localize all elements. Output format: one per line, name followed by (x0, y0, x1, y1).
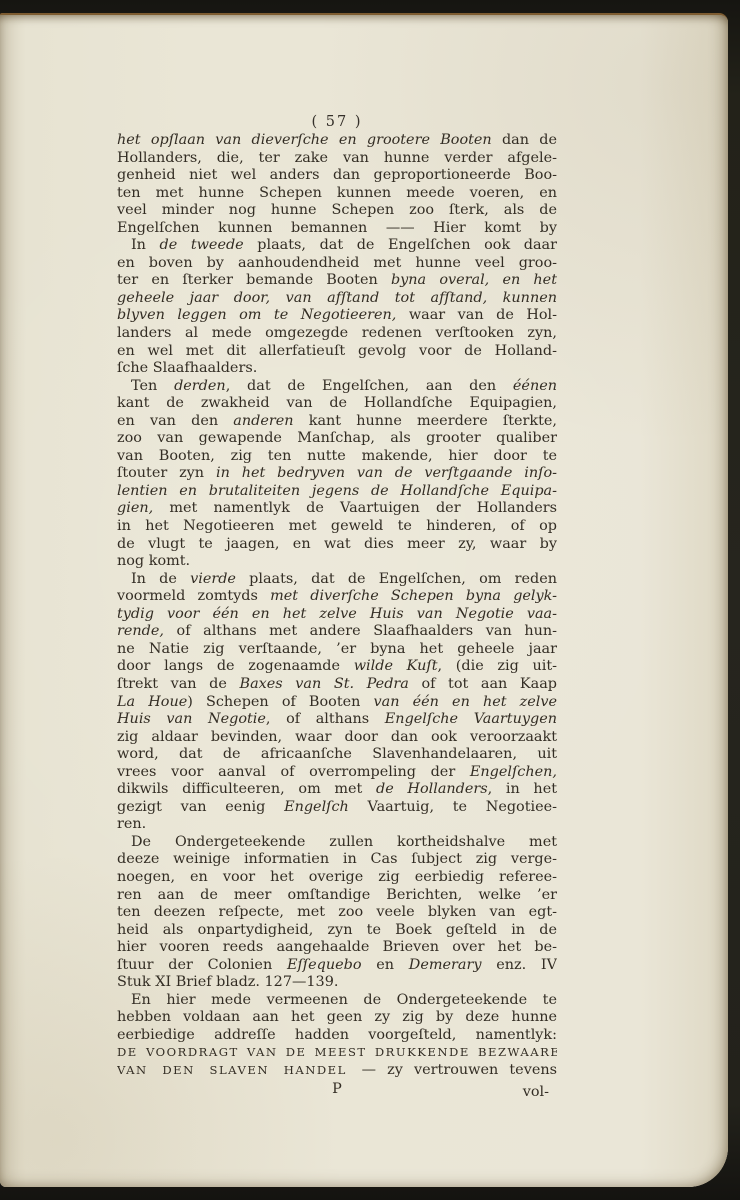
text-line: Stuk XI Brief bladz. 127—139. (117, 974, 557, 992)
roman-text: , of althans (266, 711, 385, 727)
roman-text: kant hunne meerdere ſterkte, (294, 413, 557, 429)
text-line: ten deezen reſpecte, met zoo veele blyke… (117, 904, 557, 922)
text-line: De Ondergeteekende zullen kortheidshalve… (117, 834, 557, 852)
text-line: kant de zwakheid van de Hollandſche Equi… (117, 395, 557, 413)
italic-text: byna overal, en het (391, 272, 557, 288)
italic-text: lentien en brutaliteiten jegens de Holla… (117, 483, 557, 499)
roman-text: genheid niet wel anders dan geproportion… (117, 167, 557, 183)
text-line: vrees voor aanval of overrompeling der E… (117, 764, 557, 782)
roman-text: hier vooren reeds aangehaalde Brieven ov… (117, 939, 557, 955)
roman-text: In de (131, 571, 190, 587)
text-line: nog komt. (117, 553, 557, 571)
roman-text: , (die zig uit- (438, 658, 558, 674)
roman-text: en wel met dit allerfatieuſt gevolg voor… (117, 343, 557, 359)
text-line: En hier mede vermeenen de Ondergeteekend… (117, 992, 557, 1010)
roman-text: zig aldaar bevinden, waar door dan ook v… (117, 729, 557, 745)
italic-text: vierde (190, 571, 236, 587)
italic-text: Engelſche Vaartuygen (385, 711, 557, 727)
roman-text: ren. (117, 816, 146, 832)
roman-text: landers al mede omgezegde redenen verſto… (117, 325, 557, 341)
roman-text: kant de zwakheid van de Hollandſche Equi… (117, 395, 557, 411)
roman-text: heid als onpartydigheid, zyn te Boek geſ… (117, 922, 557, 938)
roman-text: dan de (492, 132, 557, 148)
text-line: door langs de zogenaamde wilde Kuſt, (di… (117, 658, 557, 676)
roman-text: gezigt van eenig (117, 799, 284, 815)
roman-text: enz. IV (481, 957, 557, 973)
text-line: de vlugt te jaagen, en wat dies meer zy,… (117, 536, 557, 554)
roman-text: noegen, en voor het overige zig eerbiedi… (117, 869, 557, 885)
text-line: gien, met namentlyk de Vaartuigen der Ho… (117, 500, 557, 518)
italic-text: Baxes van St. Pedra (240, 676, 409, 692)
roman-text: zoo van gewapende Manſchap, als grooter … (117, 430, 557, 446)
roman-text: — zy vertrouwen tevens (362, 1062, 557, 1078)
roman-text: waar van de Hol- (396, 307, 557, 323)
roman-text: de vlugt te jaagen, en wat dies meer zy,… (117, 536, 557, 552)
text-line: ſtouter zyn in het bedryven van de verſt… (117, 465, 557, 483)
roman-text: plaats, dat de Engelſchen ook daar (244, 237, 557, 253)
roman-text: ſtuur der Colonien (117, 957, 287, 973)
text-line: blyven leggen om te Negotieeren, waar va… (117, 307, 557, 325)
italic-text: derden (174, 378, 226, 394)
roman-text: door langs de zogenaamde (117, 658, 354, 674)
italic-text: in het bedryven van de verſtgaande inſo- (216, 465, 557, 481)
text-line: Hollanders, die, ter zake van hunne verd… (117, 150, 557, 168)
roman-text: en van den (117, 413, 233, 429)
text-line: eerbiedige addreſſe hadden voorgeſteld, … (117, 1027, 557, 1045)
roman-text: vrees voor aanval of overrompeling der (117, 764, 470, 780)
text-line: Huis van Negotie, of althans Engelſche V… (117, 711, 557, 729)
roman-text: Stuk XI Brief bladz. 127—139. (117, 974, 338, 990)
signature-line: Pvol- (117, 1081, 557, 1101)
text-line: heid als onpartydigheid, zyn te Boek geſ… (117, 922, 557, 940)
text-line: tydig voor één en het zelve Huis van Neg… (117, 606, 557, 624)
italic-text: de Hollanders (376, 781, 488, 797)
italic-text: wilde Kuſt (354, 658, 438, 674)
roman-text: in het Negotieeren met geweld te hindere… (117, 518, 557, 534)
text-line: dikwils difficulteeren, om met de Hollan… (117, 781, 557, 799)
italic-text: met diverſche Schepen byna gelyk- (270, 588, 557, 604)
text-line: zig aldaar bevinden, waar door dan ook v… (117, 729, 557, 747)
italic-text: rende, (117, 623, 164, 639)
italic-text: Demerary (409, 957, 482, 973)
italic-text: La Houe (117, 694, 187, 710)
roman-text: ren aan de meer omſtandige Berichten, we… (117, 887, 557, 903)
text-line: en van den anderen kant hunne meerdere ſ… (117, 413, 557, 431)
roman-text: ) Schepen of Booten (187, 694, 373, 710)
text-line: zoo van gewapende Manſchap, als grooter … (117, 430, 557, 448)
roman-text: ſtrekt van de (117, 676, 240, 692)
catchword: vol- (523, 1084, 549, 1100)
text-line: ten met hunne Schepen kunnen meede voere… (117, 185, 557, 203)
page-number: ( 57 ) (117, 114, 557, 130)
roman-text: van Booten, zig ten nutte makende, hier … (117, 448, 557, 464)
italic-text: blyven leggen om te Negotieeren, (117, 307, 396, 323)
roman-text: , in het (488, 781, 557, 797)
roman-text: met namentlyk de Vaartuigen der Hollande… (153, 500, 557, 516)
roman-text: en (362, 957, 409, 973)
text-line: landers al mede omgezegde redenen verſto… (117, 325, 557, 343)
roman-text: , dat de Engelſchen, aan den (226, 378, 513, 394)
italic-text: Eſſequebo (287, 957, 362, 973)
roman-text: plaats, dat de Engelſchen, om reden (236, 571, 557, 587)
text-line: Ten derden, dat de Engelſchen, aan den é… (117, 378, 557, 396)
text-line: DE VOORDRAGT VAN DE MEEST DRUKKENDE BEZW… (117, 1044, 557, 1062)
text-line: lentien en brutaliteiten jegens de Holla… (117, 483, 557, 501)
text-line: veel minder nog hunne Schepen zoo ſterk,… (117, 202, 557, 220)
roman-text: nog komt. (117, 553, 190, 569)
roman-text: Engelſchen kunnen bemannen —— Hier komt … (117, 220, 557, 236)
text-line: ren aan de meer omſtandige Berichten, we… (117, 887, 557, 905)
text-line: deeze weinige informatien in Cas ſubject… (117, 851, 557, 869)
text-line: in het Negotieeren met geweld te hindere… (117, 518, 557, 536)
text-line: genheid niet wel anders dan geproportion… (117, 167, 557, 185)
roman-text: Ten (131, 378, 174, 394)
roman-text: ter en ſterker bemande Booten (117, 272, 391, 288)
roman-text: hebben voldaan aan het geen zy zig by de… (117, 1009, 557, 1025)
text-line: ſche Slaafhaalders. (117, 360, 557, 378)
roman-text: eerbiedige addreſſe hadden voorgeſteld, … (117, 1027, 557, 1043)
roman-text: dikwils difficulteeren, om met (117, 781, 376, 797)
text-line: voormeld zomtyds met diverſche Schepen b… (117, 588, 557, 606)
italic-text: geheele jaar door, van afſtand tot afſta… (117, 290, 557, 306)
text-line: ter en ſterker bemande Booten byna overa… (117, 272, 557, 290)
text-line: en boven by aanhoudendheid met hunne vee… (117, 255, 557, 273)
roman-text: ne Natie zig verſtaande, ’er byna het ge… (117, 641, 557, 657)
italic-text: Engelſch (284, 799, 349, 815)
roman-text: ſche Slaafhaalders. (117, 360, 257, 376)
italic-text: van één en het zelve (374, 694, 557, 710)
text-line: ſtuur der Colonien Eſſequebo en Demerary… (117, 957, 557, 975)
roman-text: En hier mede vermeenen de Ondergeteekend… (131, 992, 557, 1008)
roman-text: word, dat de africaanſche Slavenhandelaa… (117, 746, 557, 762)
roman-text: ſtouter zyn (117, 465, 216, 481)
roman-text: Hollanders, die, ter zake van hunne verd… (117, 150, 557, 166)
italic-text: Huis van Negotie (117, 711, 266, 727)
italic-text: tydig voor één en het zelve Huis van Neg… (117, 606, 557, 622)
text-line: rende, of althans met andere Slaafhaalde… (117, 623, 557, 641)
signature-mark: P (117, 1081, 557, 1097)
italic-text: anderen (233, 413, 293, 429)
text-line: geheele jaar door, van afſtand tot afſta… (117, 290, 557, 308)
roman-text: ten met hunne Schepen kunnen meede voere… (117, 185, 557, 201)
text-line: het opſlaan van dieverſche en grootere B… (117, 132, 557, 150)
text-line: hier vooren reeds aangehaalde Brieven ov… (117, 939, 557, 957)
text-line: La Houe) Schepen of Booten van één en he… (117, 694, 557, 712)
text-line: In de tweede plaats, dat de Engelſchen o… (117, 237, 557, 255)
text-line: ne Natie zig verſtaande, ’er byna het ge… (117, 641, 557, 659)
text-line: en wel met dit allerfatieuſt gevolg voor… (117, 343, 557, 361)
italic-text: Engelſchen, (470, 764, 557, 780)
italic-text: éénen (513, 378, 557, 394)
roman-text: ten deezen reſpecte, met zoo veele blyke… (117, 904, 557, 920)
italic-text: de tweede (160, 237, 244, 253)
roman-text: deeze weinige informatien in Cas ſubject… (117, 851, 557, 867)
text-line: gezigt van eenig Engelſch Vaartuig, te N… (117, 799, 557, 817)
italic-text: gien, (117, 500, 153, 516)
text-line: VAN DEN SLAVEN HANDEL — zy vertrouwen te… (117, 1062, 557, 1080)
roman-text: of tot aan Kaap (409, 676, 557, 692)
roman-text: De Ondergeteekende zullen kortheidshalve… (131, 834, 557, 850)
text-line: hebben voldaan aan het geen zy zig by de… (117, 1009, 557, 1027)
roman-text: Vaartuig, te Negotiee- (349, 799, 557, 815)
text-line: van Booten, zig ten nutte makende, hier … (117, 448, 557, 466)
small-caps-text: DE VOORDRAGT VAN DE MEEST DRUKKENDE BEZW… (117, 1045, 557, 1059)
body-text: het opſlaan van dieverſche en grootere B… (117, 132, 557, 1101)
text-line: ſtrekt van de Baxes van St. Pedra of tot… (117, 676, 557, 694)
text-line: noegen, en voor het overige zig eerbiedi… (117, 869, 557, 887)
text-line: Engelſchen kunnen bemannen —— Hier komt … (117, 220, 557, 238)
roman-text: en boven by aanhoudendheid met hunne vee… (117, 255, 557, 271)
text-line: word, dat de africaanſche Slavenhandelaa… (117, 746, 557, 764)
roman-text: veel minder nog hunne Schepen zoo ſterk,… (117, 202, 557, 218)
roman-text: In (131, 237, 160, 253)
roman-text: voormeld zomtyds (117, 588, 270, 604)
small-caps-text: VAN DEN SLAVEN HANDEL (117, 1063, 362, 1077)
roman-text: of althans met andere Slaafhaalders van … (164, 623, 557, 639)
text-line: In de vierde plaats, dat de Engelſchen, … (117, 571, 557, 589)
text-line: ren. (117, 816, 557, 834)
italic-text: het opſlaan van dieverſche en grootere B… (117, 132, 492, 148)
